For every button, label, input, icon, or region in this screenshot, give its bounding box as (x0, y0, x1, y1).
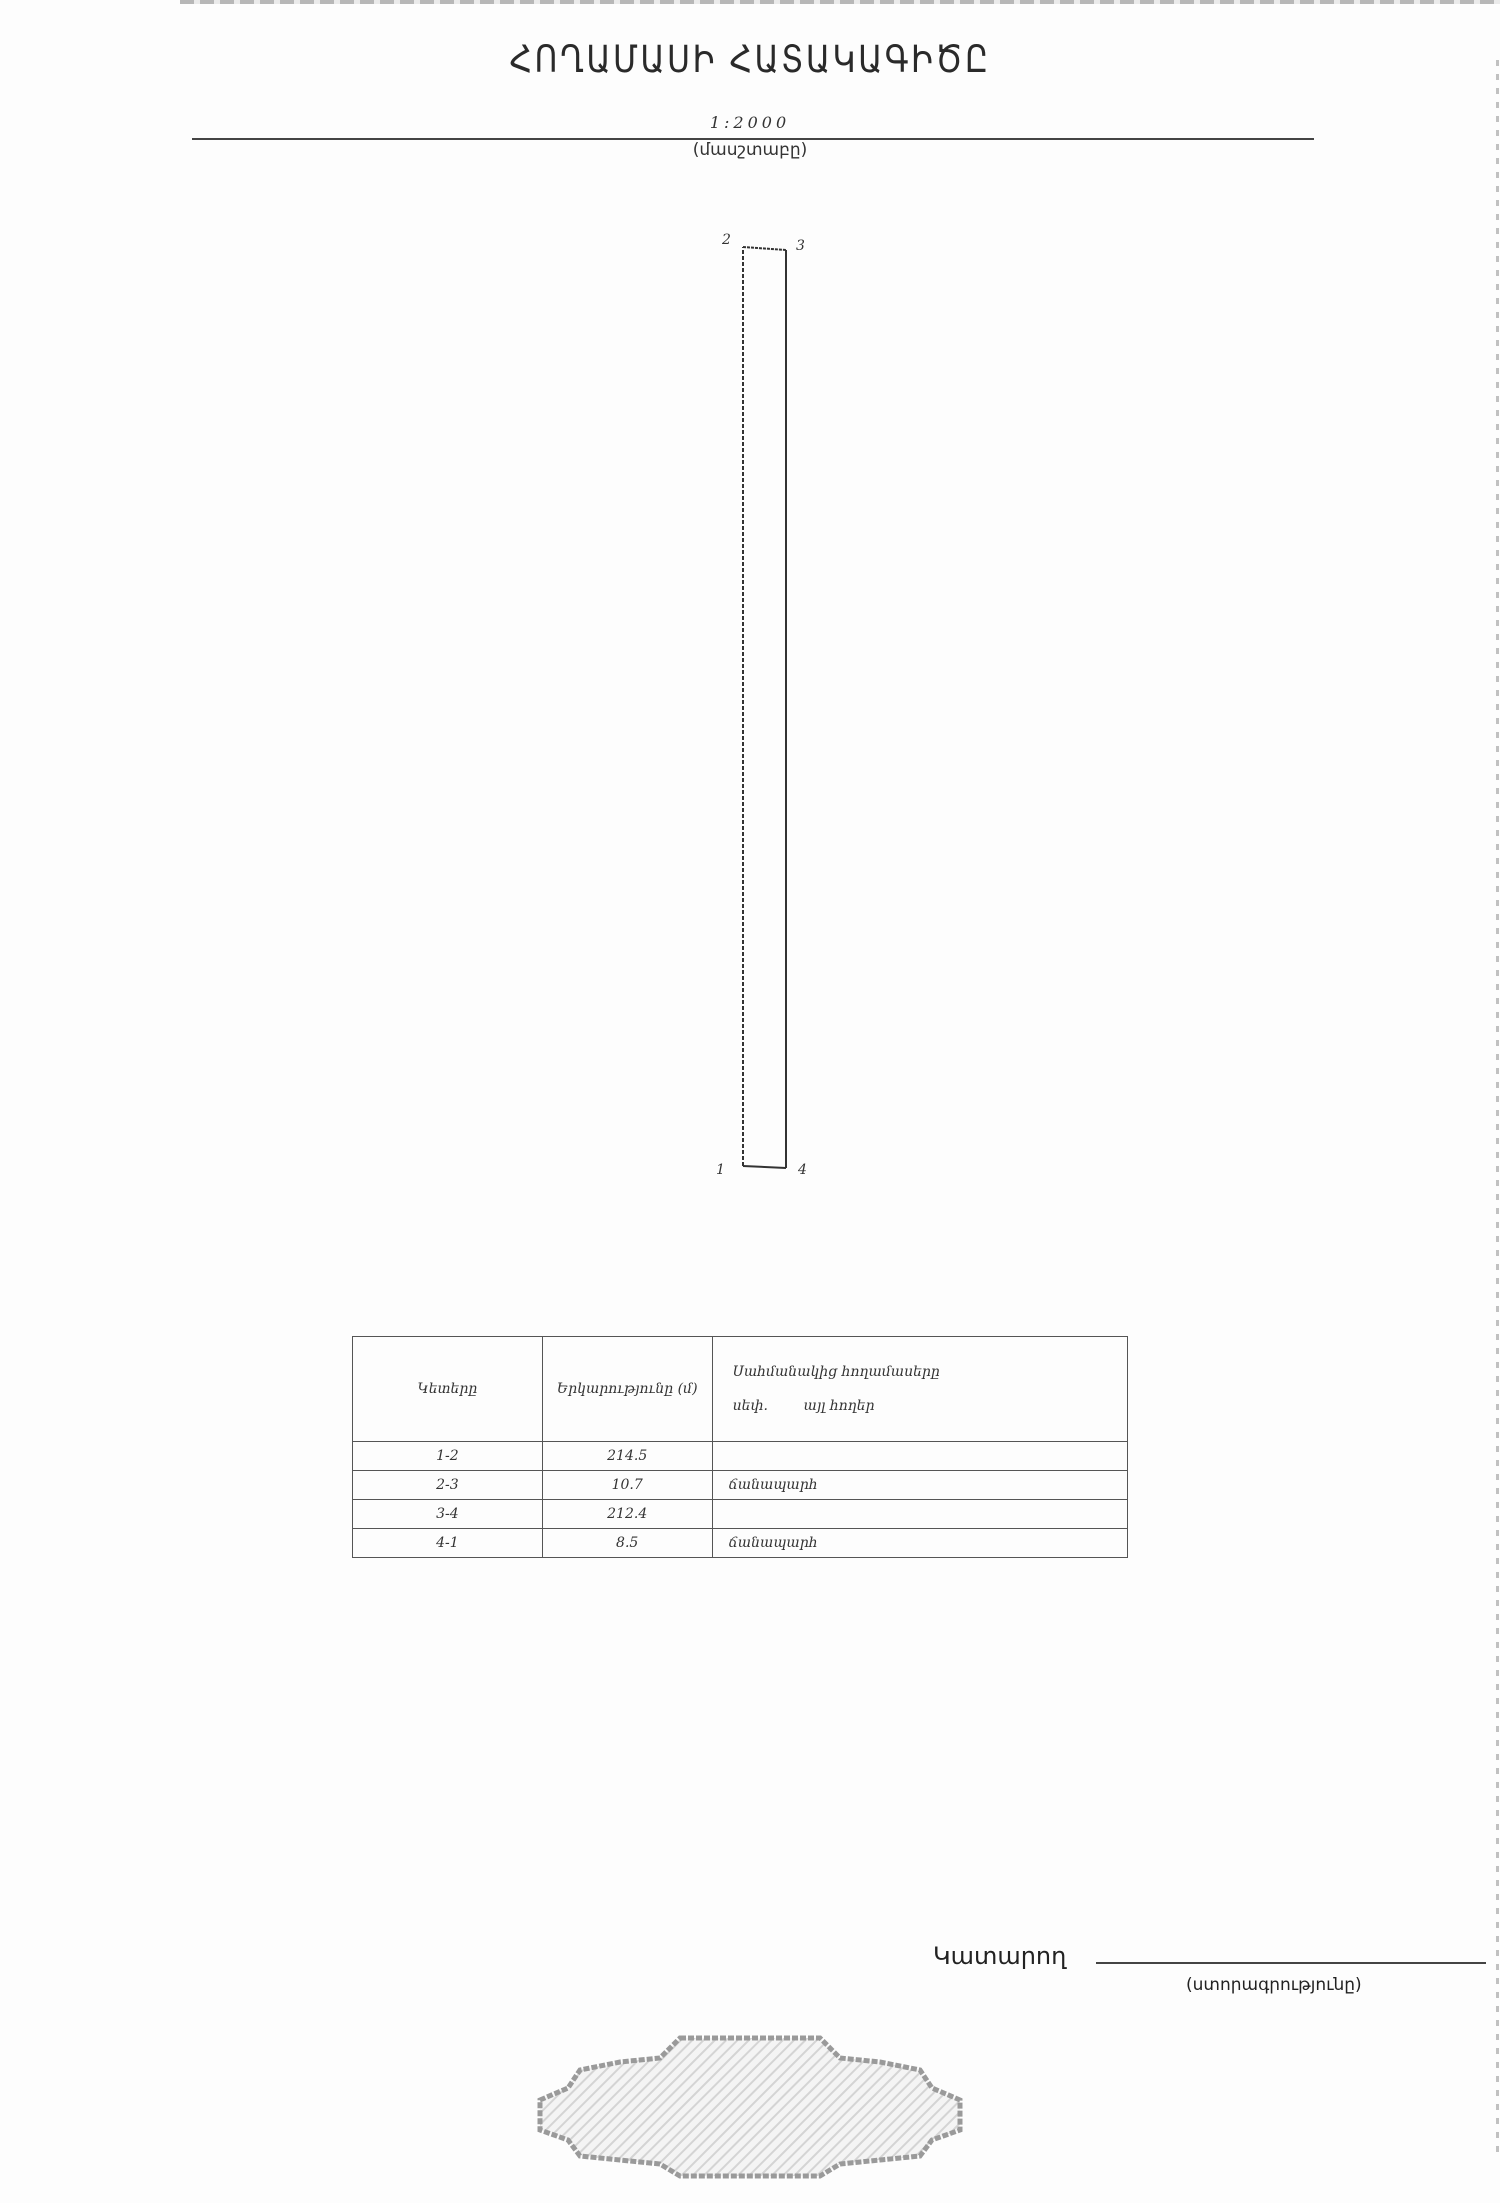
header-neighbors-sub-b: այլ հողեր (804, 1398, 875, 1414)
header-neighbors-sub-a: սեփ. (733, 1398, 768, 1414)
land-plot-outline (743, 247, 786, 1168)
plot-drawing (0, 0, 1500, 1200)
segments-table: Կետերը Երկարությունը (մ) Սահմանակից հողա… (352, 1336, 1128, 1558)
signature-label: Կատարող (933, 1942, 1066, 1970)
neighbor-cell: ճանապարհ (712, 1529, 1127, 1558)
ornamental-stamp-icon (520, 2030, 970, 2180)
segment-cell: 3-4 (353, 1500, 543, 1529)
table-row: 3-4 212.4 (353, 1500, 1128, 1529)
table-row: 4-1 8.5 ճանապարհ (353, 1529, 1128, 1558)
header-points: Կետերը (353, 1337, 543, 1442)
neighbor-cell: ճանապարհ (712, 1471, 1127, 1500)
length-cell: 8.5 (542, 1529, 712, 1558)
signature-caption: (ստորագրությունը) (1186, 1975, 1362, 1995)
segment-cell: 2-3 (353, 1471, 543, 1500)
neighbor-cell (712, 1442, 1127, 1471)
scan-right-edge (1496, 60, 1499, 2160)
table-row: 1-2 214.5 (353, 1442, 1128, 1471)
length-cell: 10.7 (542, 1471, 712, 1500)
plot-point-4: 4 (798, 1162, 807, 1178)
header-length: Երկարությունը (մ) (542, 1337, 712, 1442)
neighbor-cell (712, 1500, 1127, 1529)
segment-cell: 1-2 (353, 1442, 543, 1471)
segment-cell: 4-1 (353, 1529, 543, 1558)
signature-line[interactable] (1096, 1962, 1486, 1964)
length-cell: 214.5 (542, 1442, 712, 1471)
length-cell: 212.4 (542, 1500, 712, 1529)
table-row: 2-3 10.7 ճանապարհ (353, 1471, 1128, 1500)
plot-point-1: 1 (716, 1162, 725, 1178)
document-title: ՀՈՂԱՄԱՍԻ ՀԱՏԱԿԱԳԻԾԸ (113, 38, 1388, 81)
header-neighbors: Սահմանակից հողամասերը սեփ. այլ հողեր (712, 1337, 1127, 1442)
plot-point-3: 3 (796, 238, 805, 254)
header-neighbors-sub: սեփ. այլ հողեր (733, 1389, 1121, 1423)
table-header-row: Կետերը Երկարությունը (մ) Սահմանակից հողա… (353, 1337, 1128, 1442)
plot-point-2: 2 (722, 232, 731, 248)
scale-caption: (մասշտաբը) (0, 140, 1500, 160)
scan-top-strip (180, 0, 1500, 4)
header-neighbors-title: Սահմանակից հողամասերը (733, 1355, 1121, 1389)
scale-value: 1:2000 (0, 113, 1500, 132)
